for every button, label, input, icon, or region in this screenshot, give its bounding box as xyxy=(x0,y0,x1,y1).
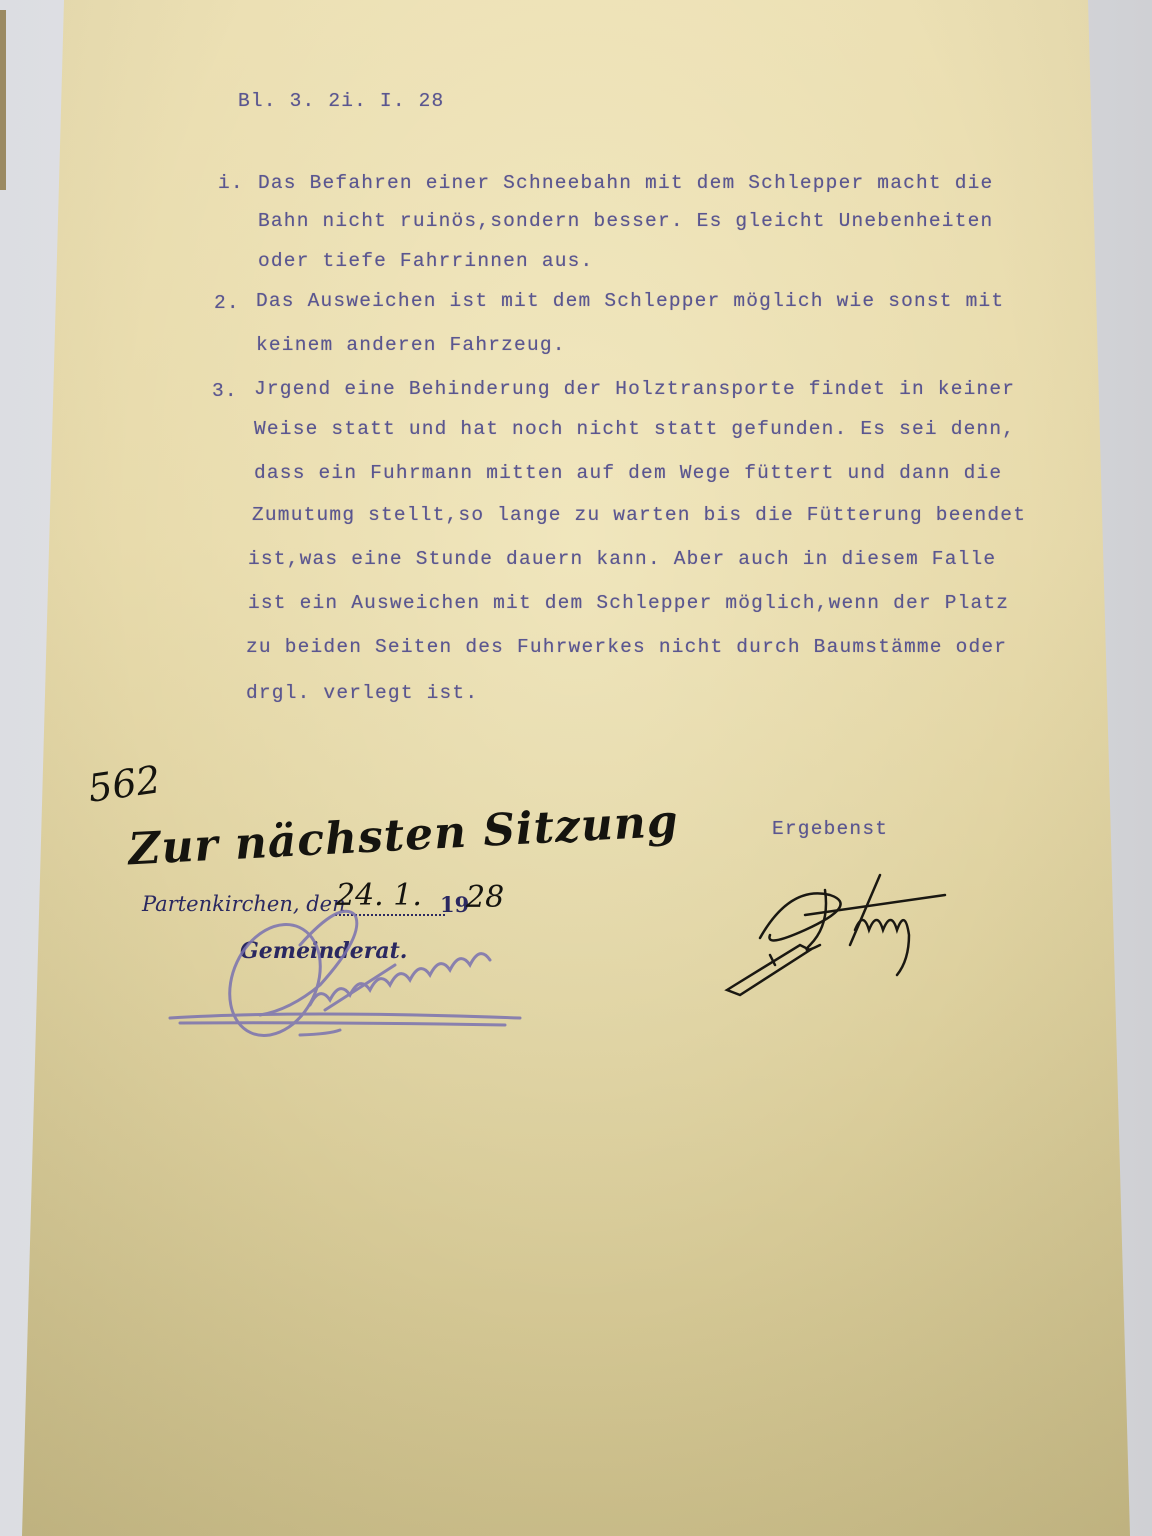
author-signature xyxy=(0,0,1152,1536)
